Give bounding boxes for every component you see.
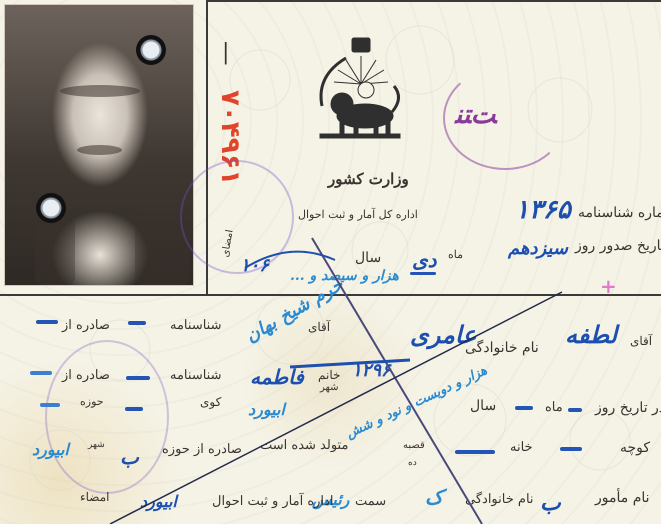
id-card-page: ۷۰۴۹۶۱ | ﺖﺘﻨ وزارت کشور اداره کل آمار و … xyxy=(0,0,661,524)
pen-strokes-overlay xyxy=(0,0,661,524)
